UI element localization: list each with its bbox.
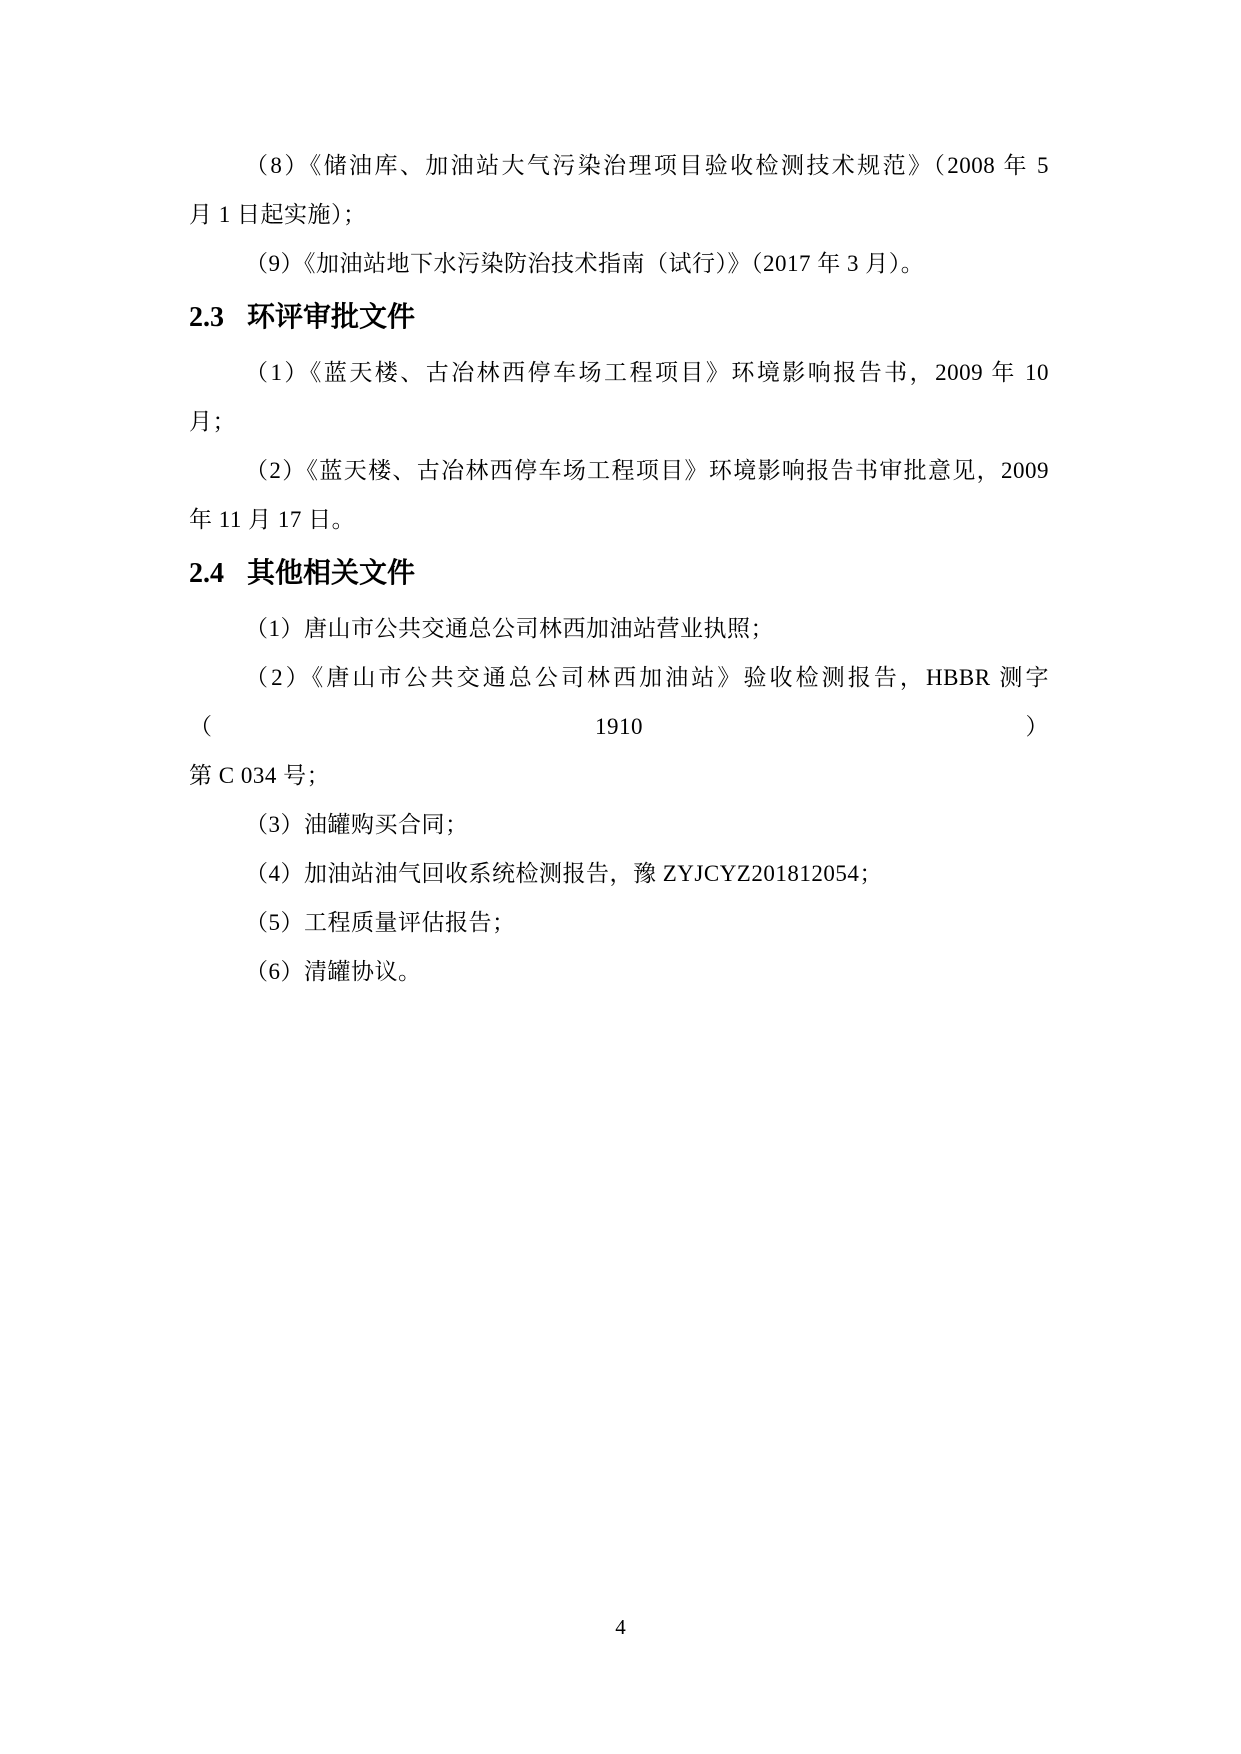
body-line: 年 11 月 17 日。 <box>189 495 1049 544</box>
page-number: 4 <box>0 1612 1241 1642</box>
heading-number: 2.3 <box>189 302 224 333</box>
body-line: （1）《蓝天楼、古冶林西停车场工程项目》环境影响报告书，2009 年 10 <box>189 348 1049 397</box>
body-line: （2）《蓝天楼、古冶林西停车场工程项目》环境影响报告书审批意见，2009 <box>189 446 1049 495</box>
body-line: （3）油罐购买合同； <box>189 800 1049 849</box>
heading-title: 环评审批文件 <box>247 301 415 332</box>
body-line: 月； <box>189 397 1049 446</box>
body-line: （9）《加油站地下水污染防治技术指南（试行）》（2017 年 3 月）。 <box>189 239 1049 288</box>
body-line: （6）清罐协议。 <box>189 947 1049 996</box>
page-content: （8）《储油库、加油站大气污染治理项目验收检测技术规范》（2008 年 5 月 … <box>189 141 1049 996</box>
heading-number: 2.4 <box>189 558 224 589</box>
body-line: （2）《唐山市公共交通总公司林西加油站》验收检测报告，HBBR 测字（1910） <box>189 653 1049 751</box>
section-heading: 2.4 其他相关文件 <box>189 548 1049 598</box>
body-line: （8）《储油库、加油站大气污染治理项目验收检测技术规范》（2008 年 5 <box>189 141 1049 190</box>
body-line: 第 C 034 号； <box>189 751 1049 800</box>
body-line: （1）唐山市公共交通总公司林西加油站营业执照； <box>189 604 1049 653</box>
section-heading: 2.3 环评审批文件 <box>189 292 1049 342</box>
body-line: 月 1 日起实施）； <box>189 190 1049 239</box>
document-page: （8）《储油库、加油站大气污染治理项目验收检测技术规范》（2008 年 5 月 … <box>0 0 1241 1754</box>
body-line: （4）加油站油气回收系统检测报告，豫 ZYJCYZ201812054； <box>189 849 1049 898</box>
heading-title: 其他相关文件 <box>247 557 415 588</box>
body-line: （5）工程质量评估报告； <box>189 898 1049 947</box>
